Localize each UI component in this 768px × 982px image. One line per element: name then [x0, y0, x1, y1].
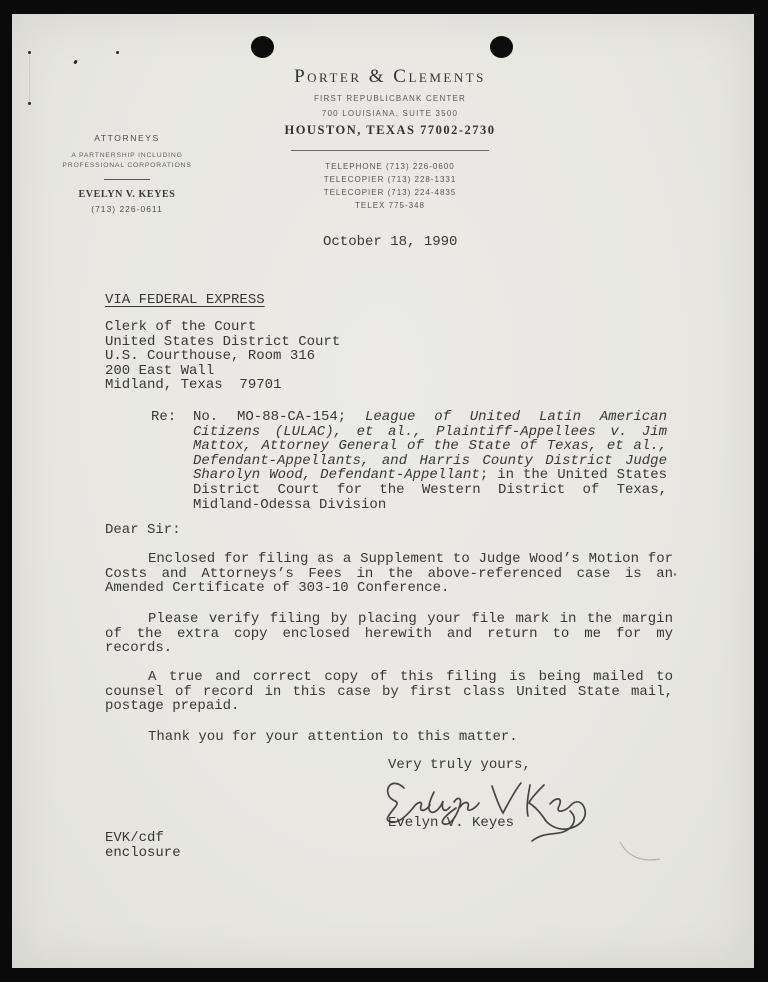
firm-city-line: HOUSTON, TEXAS 77002-2730 — [240, 123, 540, 138]
firm-telecopier-1: TELECOPIER (713) 228-1331 — [240, 173, 540, 186]
body-paragraph-3: A true and correct copy of this filing i… — [105, 670, 673, 714]
scan-speck — [116, 51, 119, 54]
re-case-number: No. MO-88-CA-154; — [193, 409, 365, 425]
enclosure-note: enclosure — [105, 846, 181, 861]
firm-telex: TELEX 775-348 — [240, 199, 540, 212]
attorney-phone: (713) 226-0611 — [57, 204, 197, 214]
letterhead-divider — [291, 150, 489, 151]
recipient-line: Clerk of the Court — [105, 320, 340, 335]
delivery-method: VIA FEDERAL EXPRESS — [105, 293, 265, 308]
scanned-letter-page: Porter & Clements FIRST REPUBLICBANK CEN… — [12, 14, 754, 968]
attorneys-title: ATTORNEYS — [57, 133, 197, 143]
body-paragraph-1: Enclosed for filing as a Supplement to J… — [105, 552, 673, 596]
letterhead: Porter & Clements FIRST REPUBLICBANK CEN… — [240, 66, 540, 212]
scan-speck — [73, 60, 78, 65]
re-label: Re: — [151, 410, 193, 512]
scan-speck — [674, 573, 676, 576]
attorneys-block: ATTORNEYS A PARTNERSHIP INCLUDING PROFES… — [57, 133, 197, 214]
partnership-note: A PARTNERSHIP INCLUDING PROFESSIONAL COR… — [57, 151, 197, 171]
attorneys-divider — [104, 179, 150, 180]
body-paragraph-4: Thank you for your attention to this mat… — [105, 730, 673, 745]
pencil-mark — [612, 832, 682, 872]
firm-telecopier-2: TELECOPIER (713) 224-4835 — [240, 186, 540, 199]
scan-scratch-line — [29, 54, 30, 104]
partnership-note-line: A PARTNERSHIP INCLUDING — [57, 151, 197, 161]
recipient-address: Clerk of the Court United States Distric… — [105, 320, 340, 393]
recipient-line: Midland, Texas 79701 — [105, 378, 340, 393]
hole-punch-left — [251, 36, 274, 58]
salutation: Dear Sir: — [105, 523, 181, 538]
hole-punch-right — [490, 36, 513, 58]
signer-name: Evelyn V. Keyes — [388, 816, 514, 831]
re-text: No. MO-88-CA-154; League of United Latin… — [193, 410, 667, 512]
attorney-name: EVELYN V. KEYES — [57, 189, 197, 200]
re-block: Re: No. MO-88-CA-154; League of United L… — [151, 410, 667, 512]
firm-telephone: TELEPHONE (713) 226-0600 — [240, 160, 540, 173]
scan-speck — [28, 102, 31, 105]
reference-initials: EVK/cdf — [105, 831, 164, 846]
firm-name: Porter & Clements — [240, 66, 540, 88]
firm-address-line: 700 LOUISIANA, SUITE 3500 — [240, 109, 540, 118]
letter-date: October 18, 1990 — [323, 235, 457, 250]
firm-address-line: FIRST REPUBLICBANK CENTER — [240, 94, 540, 103]
recipient-line: U.S. Courthouse, Room 316 — [105, 349, 340, 364]
partnership-note-line: PROFESSIONAL CORPORATIONS — [57, 161, 197, 171]
closing-phrase: Very truly yours, — [388, 758, 531, 773]
recipient-line: United States District Court — [105, 335, 340, 350]
body-paragraph-2: Please verify filing by placing your fil… — [105, 612, 673, 656]
scan-speck — [28, 51, 31, 54]
recipient-line: 200 East Wall — [105, 364, 340, 379]
